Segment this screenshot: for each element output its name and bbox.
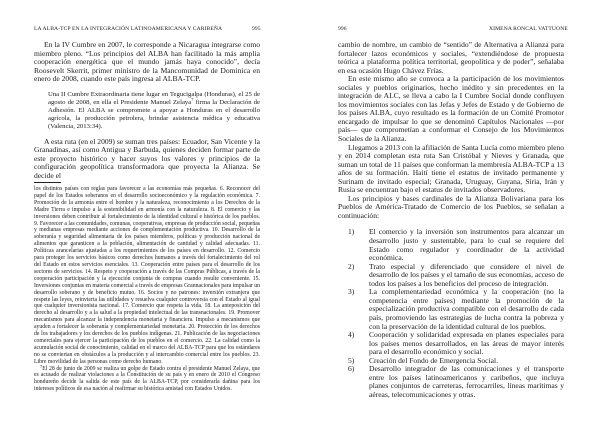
principles-list: 1)El comercio y la inversión son instrum… [338, 228, 564, 399]
running-head-author: XIMENA RONCAL VATTUONE [489, 26, 568, 32]
footnote-reference[interactable]: 7 [191, 97, 193, 102]
list-item-text: El comercio y la inversión son instrumen… [369, 227, 564, 262]
page-number: 995 [252, 26, 261, 32]
quote-text: Una II Cumbre Extraordinaria tiene lugar… [48, 91, 260, 131]
paragraph: Los principios y bases cardinales de la … [338, 195, 564, 221]
paragraph: En este mismo año se convoca a la partic… [338, 75, 564, 143]
page-number: 996 [338, 26, 347, 32]
list-item-text: Cooperación y solidaridad expresada en p… [369, 330, 564, 356]
list-item-text: Desarrollo integrador de las comunicacio… [369, 364, 564, 399]
list-number: 1) [348, 228, 354, 237]
paragraph: En la IV Cumbre en 2007, le corresponde … [34, 41, 260, 84]
list-item: 1)El comercio y la inversión son instrum… [348, 228, 564, 262]
block-quote: Una II Cumbre Extraordinaria tiene lugar… [48, 91, 260, 131]
list-number: 3) [348, 288, 354, 297]
list-item: 4)Cooperación y solidaridad expresada en… [348, 331, 564, 357]
footnote-divider [34, 182, 61, 183]
footnote-marker: 7 [40, 364, 42, 369]
running-head-title: LA ALBA-TCP EN LA INTEGRACIÓN LATINOAMER… [34, 26, 222, 32]
list-item: 6)Desarrollo integrador de las comunicac… [348, 365, 564, 399]
right-page: 996 XIMENA RONCAL VATTUONE cambio de nom… [300, 0, 600, 431]
footnote-7-text: El 28 de junio de 2009 se realiza un gol… [34, 366, 260, 393]
paragraph: cambio de nombre, un cambio de “sentido”… [338, 41, 564, 75]
list-item: 2)Trato especial y diferenciado que cons… [348, 263, 564, 289]
left-page: LA ALBA-TCP EN LA INTEGRACIÓN LATINOAMER… [0, 0, 300, 431]
paragraph: A esta ruta (en el 2009) se suman tres p… [34, 138, 260, 181]
paragraph: Llegamos a 2013 con la afiliación de San… [338, 144, 564, 195]
list-item-text: La complementariedad económica y la coop… [369, 287, 564, 330]
list-item: 3)La complementariedad económica y la co… [348, 288, 564, 331]
footnote-7: 7El 28 de junio de 2009 se realiza un go… [34, 366, 260, 394]
list-number: 2) [348, 263, 354, 272]
list-number: 6) [348, 365, 354, 374]
main-text: cambio de nombre, un cambio de “sentido”… [338, 41, 564, 399]
main-text: En la IV Cumbre en 2007, le corresponde … [34, 41, 260, 180]
list-item-text: Trato especial y diferenciado que consid… [369, 262, 564, 288]
footnotes: los distintos países con reglas para fav… [34, 186, 260, 393]
footnote-continuation: los distintos países con reglas para fav… [34, 186, 260, 366]
list-number: 4) [348, 331, 354, 340]
